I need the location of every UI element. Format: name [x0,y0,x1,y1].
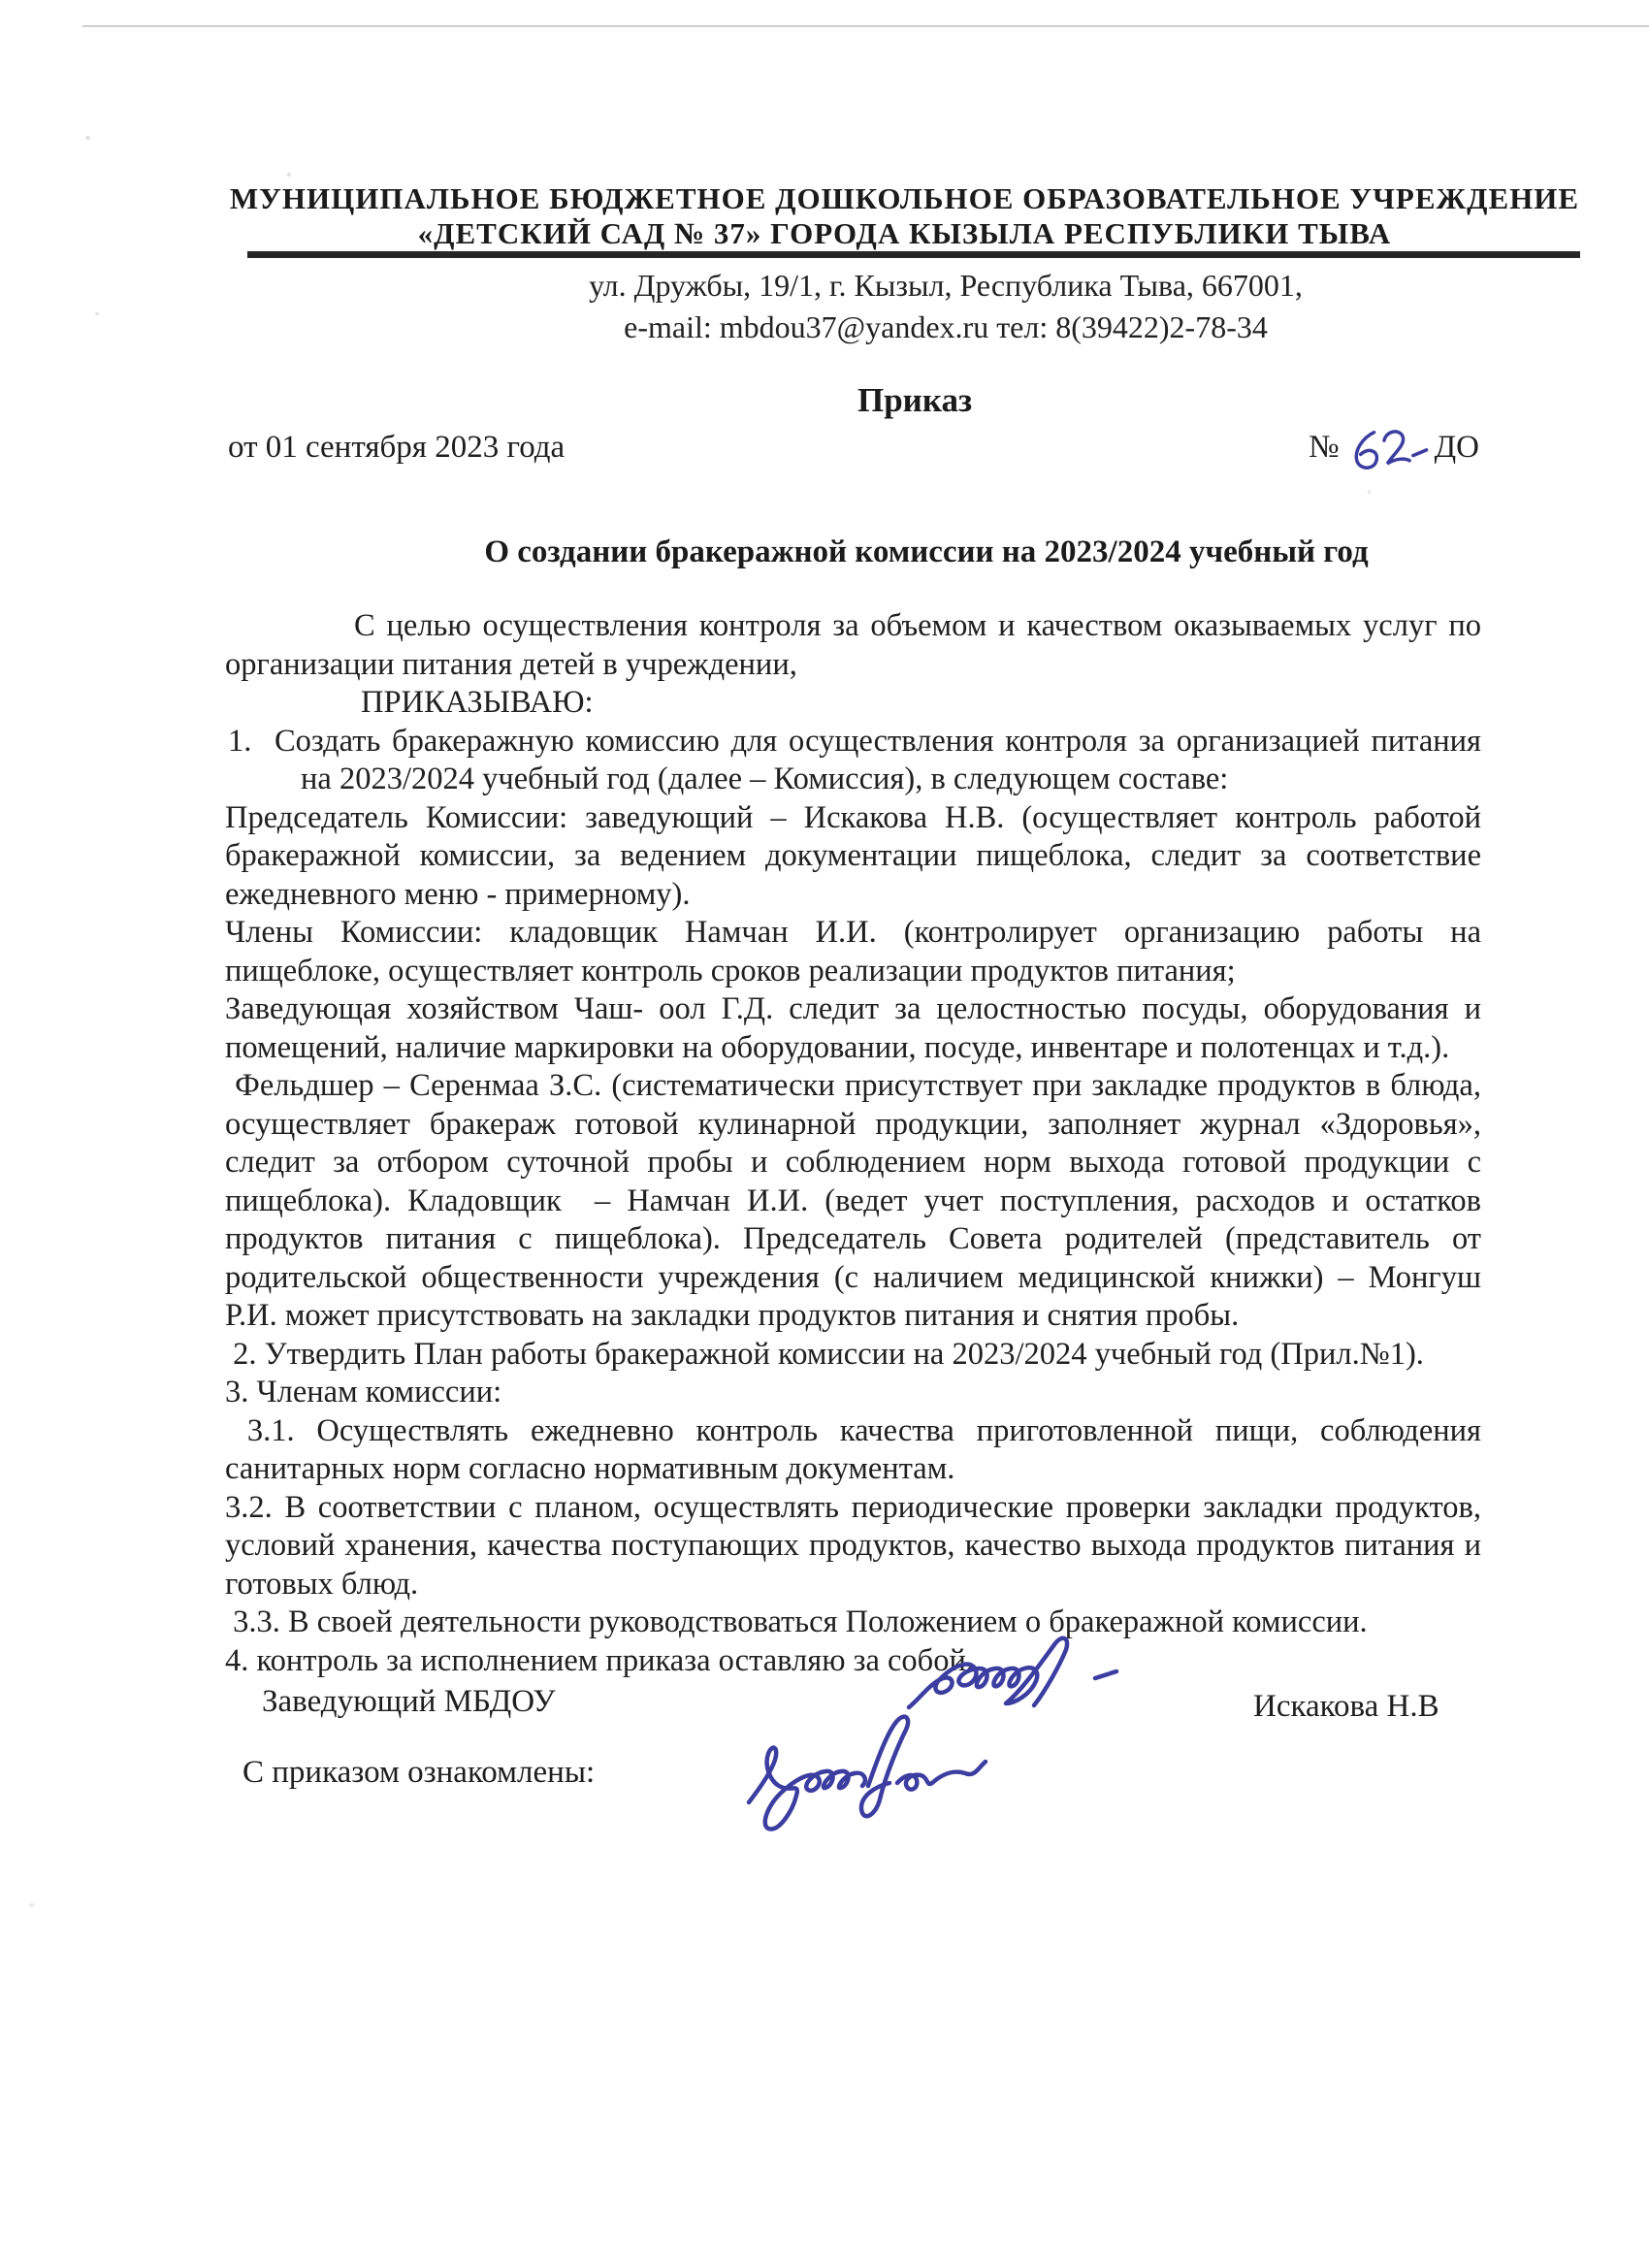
org-name-line2: «ДЕТСКИЙ САД № 37» ГОРОДА КЫЗЫЛА РЕСПУБЛ… [218,216,1591,251]
order-body: С целью осуществления контроля за объемо… [225,607,1481,1680]
body-paragraph: 3.3. В своей деятельности руководствоват… [225,1604,1481,1642]
body-paragraph: Члены Комиссии: кладовщик Намчан И.И. (к… [225,914,1481,990]
scan-speck [1368,490,1371,495]
number-suffix: ДО [1435,430,1479,466]
scanned-order-document: МУНИЦИПАЛЬНОЕ БЮДЖЕТНОЕ ДОШКОЛЬНОЕ ОБРАЗ… [0,0,1649,2268]
number-sign: № [1309,430,1340,466]
body-paragraph: Председатель Комиссии: заведующий – Иска… [225,799,1481,915]
body-paragraph: 1. Создать бракеражную комиссию для осущ… [225,723,1481,799]
contact-line: e-mail: mbdou37@yandex.ru тел: 8(39422)2… [257,307,1634,348]
order-title: О создании бракеражной комиссии на 2023/… [247,535,1605,570]
address-line: ул. Дружбы, 19/1, г. Кызыл, Республика Т… [257,265,1634,307]
resolve-word: ПРИКАЗЫВАЮ: [225,684,1481,723]
scan-speck [29,1903,34,1907]
signatory-name: Искакова Н.В [1253,1689,1439,1725]
order-number: № ДО [1309,430,1479,489]
scan-speck [95,312,99,315]
scan-speck [85,136,90,140]
body-paragraph: Заведующая хозяйством Чаш- оол Г.Д. след… [225,990,1481,1067]
handwritten-number-ink [1342,422,1432,486]
scan-speck [287,173,291,177]
letterhead: МУНИЦИПАЛЬНОЕ БЮДЖЕТНОЕ ДОШКОЛЬНОЕ ОБРАЗ… [218,181,1591,251]
body-paragraph: Фельдшер – Серенмаа З.С. (систематически… [225,1067,1481,1336]
org-name-line1: МУНИЦИПАЛЬНОЕ БЮДЖЕТНОЕ ДОШКОЛЬНОЕ ОБРАЗ… [218,181,1591,216]
scan-artifact-line [82,25,1649,27]
intro-paragraph: С целью осуществления контроля за объемо… [225,607,1481,684]
acknowledged-signature-ink [739,1686,1040,1846]
body-paragraph: 2. Утвердить План работы бракеражной ком… [225,1336,1481,1375]
letterhead-address: ул. Дружбы, 19/1, г. Кызыл, Республика Т… [257,265,1634,348]
body-paragraph: 3.2. В соответствии с планом, осуществля… [225,1489,1481,1604]
doc-type-heading: Приказ [236,381,1594,420]
body-paragraph: 3.1. Осуществлять ежедневно контроль кач… [225,1412,1481,1489]
handwritten-62-strokes [1342,422,1432,477]
signatory-position-label: Заведующий МБДОУ [262,1684,556,1720]
acknowledged-label: С приказом ознакомлены: [242,1755,595,1791]
body-paragraph: 4. контроль за исполнением приказа остав… [225,1642,1481,1681]
date-number-row: от 01 сентября 2023 года № ДО [228,430,1479,489]
order-date: от 01 сентября 2023 года [228,430,565,466]
letterhead-rule [247,251,1580,258]
body-paragraph: 3. Членам комиссии: [225,1374,1481,1412]
